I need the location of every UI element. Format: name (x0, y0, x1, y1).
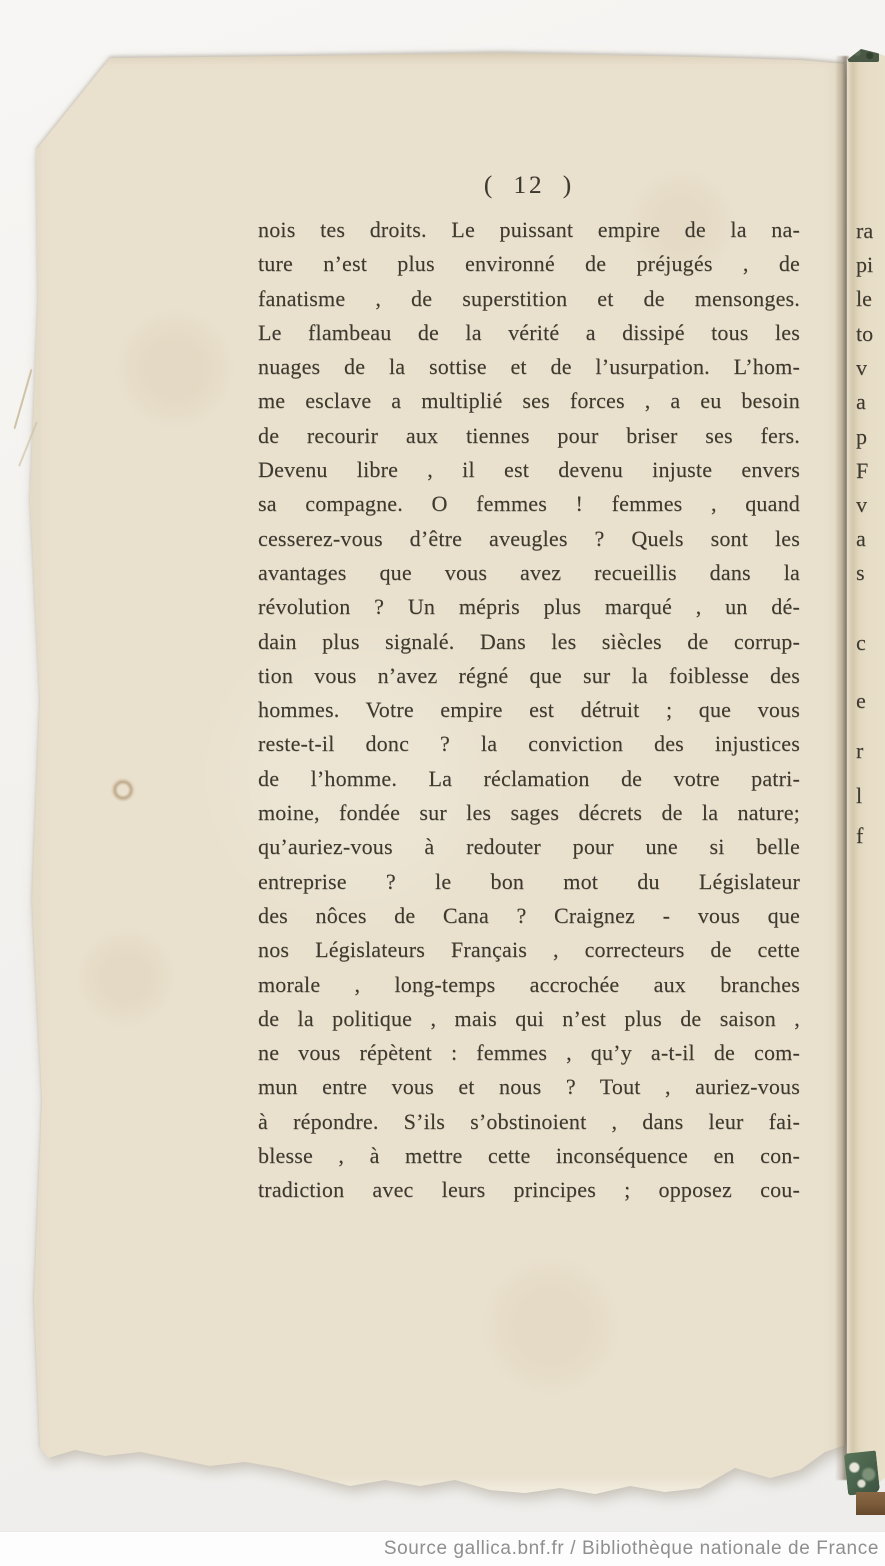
text-line: sa compagne. O femmes ! femmes , quand (258, 487, 800, 521)
text-line: nois tes droits. Le puissant empire de l… (258, 213, 800, 247)
page-edge-fragment: pi (856, 252, 873, 278)
text-line: de la politique , mais qui n’est plus de… (258, 1002, 800, 1036)
binding-strip (856, 1492, 885, 1515)
scan-viewport: ( 12 ) nois tes droits. Le puissant empi… (0, 0, 885, 1566)
text-line: nos Législateurs Français , correcteurs … (258, 933, 800, 967)
text-line: tradiction avec leurs principes ; oppose… (258, 1173, 800, 1207)
source-attribution-bar: Source gallica.bnf.fr / Bibliothèque nat… (0, 1531, 885, 1566)
text-line: des nôces de Cana ? Craignez - vous que (258, 899, 800, 933)
text-line: hommes. Votre empire est détruit ; que v… (258, 693, 800, 727)
text-line: me esclave a multiplié ses forces , a eu… (258, 384, 800, 418)
text-line: qu’auriez-vous à redouter pour une si be… (258, 830, 800, 864)
text-line: tion vous n’avez régné que sur la foible… (258, 659, 800, 693)
page-edge-fragment: s (856, 560, 865, 586)
text-line: nuages de la sottise et de l’usurpation.… (258, 350, 800, 384)
text-line: avantages que vous avez recueillis dans … (258, 556, 800, 590)
text-line: de recourir aux tiennes pour briser ses … (258, 419, 800, 453)
page-edge-fragment: to (856, 321, 873, 347)
text-line: cesserez-vous d’être aveugles ? Quels so… (258, 522, 800, 556)
text-line: morale , long-temps accrochée aux branch… (258, 968, 800, 1002)
page-edge-fragment: le (856, 286, 872, 312)
text-line: de l’homme. La réclamation de votre patr… (258, 762, 800, 796)
text-line: ture n’est plus environné de préjugés , … (258, 247, 800, 281)
text-line: Devenu libre , il est devenu injuste env… (258, 453, 800, 487)
page-edge-fragment: v (856, 492, 867, 518)
text-line: fanatisme , de superstition et de menson… (258, 282, 800, 316)
text-line: à répondre. S’ils s’obstinoient , dans l… (258, 1105, 800, 1139)
text-line: Le flambeau de la vérité a dissipé tous … (258, 316, 800, 350)
page-edge-fragment: e (856, 688, 866, 714)
text-line: moine, fondée sur les sages décrets de l… (258, 796, 800, 830)
page-edge-fragment: v (856, 355, 867, 381)
text-line: mun entre vous et nous ? Tout , auriez-v… (258, 1070, 800, 1104)
page-edge-fragment: c (856, 630, 866, 656)
source-attribution-text: Source gallica.bnf.fr / Bibliothèque nat… (384, 1538, 879, 1559)
green-marbled-fragment (844, 1450, 880, 1495)
page-edge-fragment: p (856, 424, 867, 450)
adjacent-page-fragments: rapiletovapFvascerlf (856, 0, 885, 1530)
text-line: ne vous répètent : femmes , qu’y a-t-il … (258, 1036, 800, 1070)
page-edge-fragment: l (856, 783, 862, 809)
text-line: reste-t-il donc ? la conviction des inju… (258, 727, 800, 761)
text-line: entreprise ? le bon mot du Législateur (258, 865, 800, 899)
page-edge-fragment: f (856, 823, 863, 849)
page-number: ( 12 ) (258, 168, 800, 204)
text-line: dain plus signalé. Dans les siècles de c… (258, 625, 800, 659)
page-edge-fragment: a (856, 526, 866, 552)
page-text: nois tes droits. Le puissant empire de l… (258, 213, 800, 1208)
gutter-shadow (835, 56, 849, 1480)
page-edge-fragment: a (856, 389, 866, 415)
text-line: blesse , à mettre cette inconséquence en… (258, 1139, 800, 1173)
page-edge-fragment: r (856, 738, 863, 764)
text-line: révolution ? Un mépris plus marqué , un … (258, 590, 800, 624)
page-edge-fragment: F (856, 458, 868, 484)
page-edge-fragment: ra (856, 218, 873, 244)
